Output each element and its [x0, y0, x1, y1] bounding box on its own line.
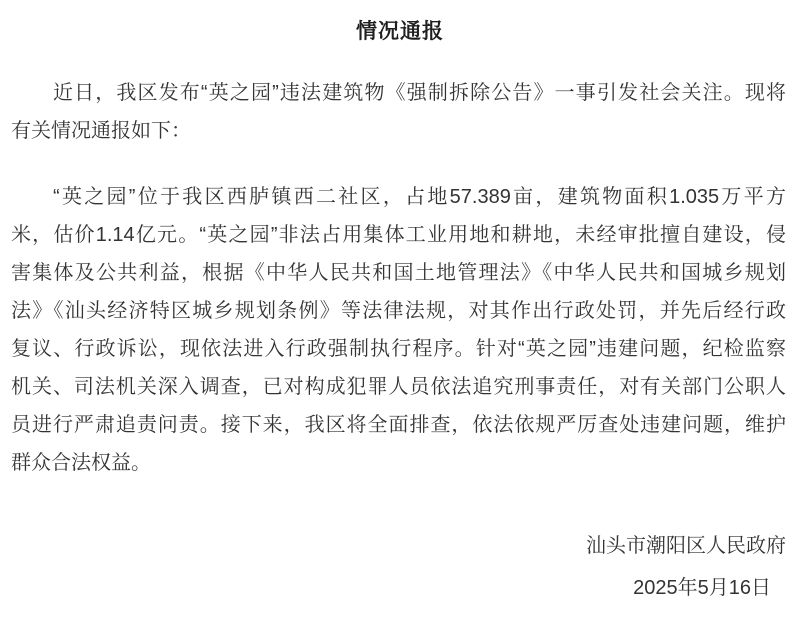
paragraph-line: “英之园”位于我区西胪镇西二社区，占地57.389亩，建筑物面积1.035万平方: [11, 178, 786, 216]
notice-document: 情况通报 近日，我区发布“英之园”违法建筑物《强制拆除公告》一事引发社会关注。现…: [0, 0, 800, 620]
paragraph-line: 法》《汕头经济特区城乡规划条例》等法律法规，对其作出行政处罚，并先后经行政: [11, 292, 786, 330]
paragraph: “英之园”位于我区西胪镇西二社区，占地57.389亩，建筑物面积1.035万平方…: [11, 178, 786, 482]
paragraph-line: 员进行严肃追责问责。接下来，我区将全面排查，依法依规严厉查处违建问题，维护: [11, 406, 786, 444]
issuer-signature: 汕头市潮阳区人民政府: [0, 527, 800, 565]
paragraph-line: 有关情况通报如下：: [11, 112, 786, 150]
document-body: 近日，我区发布“英之园”违法建筑物《强制拆除公告》一事引发社会关注。现将有关情况…: [0, 74, 800, 482]
paragraph-line: 机关、司法机关深入调查，已对构成犯罪人员依法追究刑事责任，对有关部门公职人: [11, 368, 786, 406]
issue-date: 2025年5月16日: [0, 569, 800, 607]
paragraph-line: 群众合法权益。: [11, 444, 786, 482]
paragraph: 近日，我区发布“英之园”违法建筑物《强制拆除公告》一事引发社会关注。现将有关情况…: [11, 74, 786, 150]
paragraph-line: 害集体及公共利益，根据《中华人民共和国土地管理法》《中华人民共和国城乡规划: [11, 254, 786, 292]
paragraph-line: 米，估价1.14亿元。“英之园”非法占用集体工业用地和耕地，未经审批擅自建设，侵: [11, 216, 786, 254]
document-title: 情况通报: [0, 0, 800, 42]
paragraph-line: 近日，我区发布“英之园”违法建筑物《强制拆除公告》一事引发社会关注。现将: [11, 74, 786, 112]
paragraph-line: 复议、行政诉讼，现依法进入行政强制执行程序。针对“英之园”违建问题，纪检监察: [11, 330, 786, 368]
